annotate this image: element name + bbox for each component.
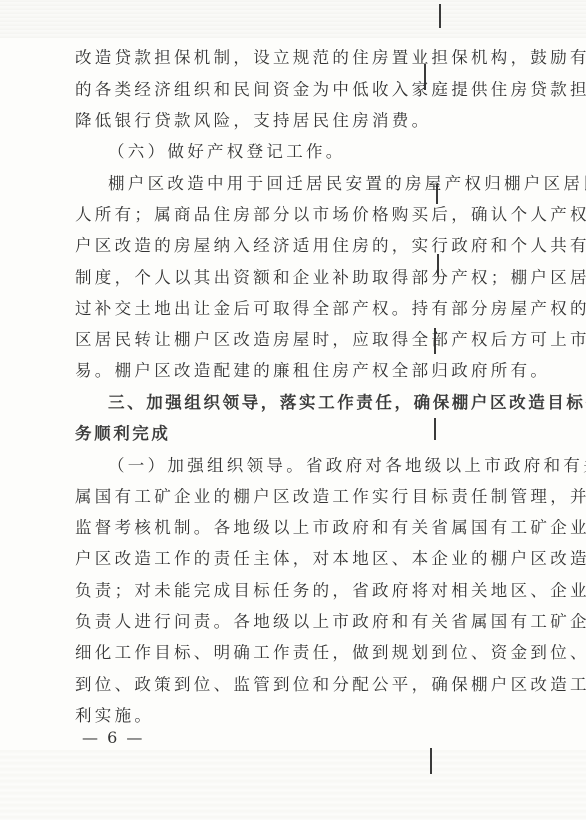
text-line: 区居民转让棚户区改造房屋时，应取得全部产权后方可上市交: [75, 330, 586, 350]
text-line: 棚户区改造中用于回迁居民安置的房屋产权归棚户区居民个: [108, 174, 586, 194]
text-line: 改造贷款担保机制，设立规范的住房置业担保机构，鼓励有条件: [75, 48, 586, 68]
text-line: 的各类经济组织和民间资金为中低收入家庭提供住房贷款担保，: [75, 80, 586, 100]
text-line: 负责；对未能完成目标任务的，省政府将对相关地区、企业主要: [75, 581, 586, 601]
section-heading: 三、加强组织领导，落实工作责任，确保棚户区改造目标任: [108, 393, 586, 413]
text-line: 属国有工矿企业的棚户区改造工作实行目标责任制管理，并建立: [75, 487, 586, 507]
text-line: 利实施。: [75, 706, 154, 726]
text-line: 过补交土地出让金后可取得全部产权。持有部分房屋产权的棚户: [75, 299, 586, 319]
scan-noise-bottom: [0, 750, 586, 820]
document-page: 改造贷款担保机制，设立规范的住房置业担保机构，鼓励有条件 的各类经济组织和民间资…: [0, 0, 586, 820]
text-line: 降低银行贷款风险，支持居民住房消费。: [75, 111, 431, 131]
section-heading-continued: 务顺利完成: [75, 424, 171, 444]
text-line: 监督考核机制。各地级以上市政府和有关省属国有工矿企业是棚: [75, 518, 586, 538]
page-number: — 6 —: [82, 728, 144, 747]
text-line: 户区改造工作的责任主体，对本地区、本企业的棚户区改造工作: [75, 549, 586, 569]
text-line: 人所有；属商品住房部分以市场价格购买后，确认个人产权。棚: [75, 205, 586, 225]
text-line: 到位、政策到位、监管到位和分配公平，确保棚户区改造工作顺: [75, 675, 586, 695]
scan-mark: [430, 748, 432, 774]
text-line: 制度，个人以其出资额和企业补助取得部分产权；棚户区居民通: [75, 268, 586, 288]
scan-mark: [439, 4, 441, 28]
section-subheading: （六）做好产权登记工作。: [108, 142, 346, 162]
text-line: 户区改造的房屋纳入经济适用住房的，实行政府和个人共有产权: [75, 236, 586, 256]
text-line: 细化工作目标、明确工作责任，做到规划到位、资金到位、供地: [75, 643, 586, 663]
scan-mark: [434, 418, 436, 440]
text-line: 易。棚户区改造配建的廉租住房产权全部归政府所有。: [75, 361, 550, 381]
section-subheading: （一）加强组织领导。省政府对各地级以上市政府和有关省: [108, 456, 586, 476]
text-line: 负责人进行问责。各地级以上市政府和有关省属国有工矿企业要: [75, 612, 586, 632]
scan-noise-top: [0, 0, 586, 38]
